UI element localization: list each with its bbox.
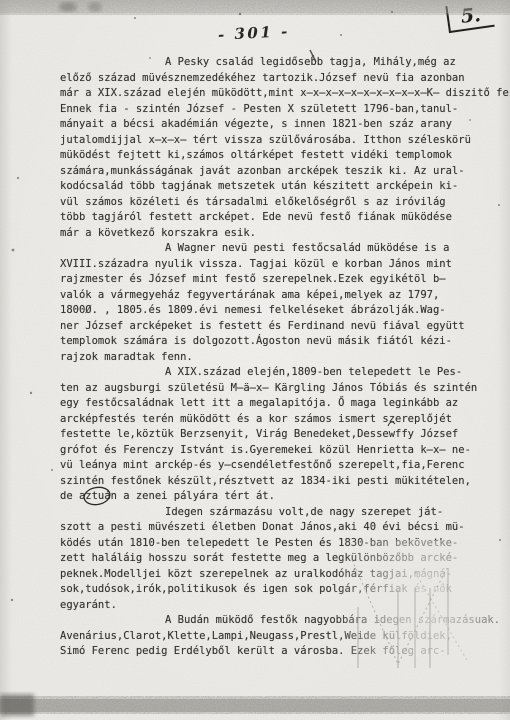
- text-line: már a XIX.század elején müködött,mint x̶…: [60, 86, 492, 102]
- text-line: A Budán müködő festők nagyobbára idegen …: [60, 613, 492, 629]
- text-line: ködés után 1810-ben telepedett le Pesten…: [60, 536, 492, 552]
- text-line: vül számos közéleti és társadalmi előkel…: [60, 195, 492, 211]
- text-line: zett haláláig hosszu sorát festette meg …: [60, 551, 492, 567]
- text-line: ner József arcképeket is festett és Ferd…: [60, 319, 492, 335]
- text-line: jutalomdijjal x̶x̶x̶ tért vissza szülővá…: [60, 133, 492, 149]
- text-line: szott a pesti müvészeti életben Donat Já…: [60, 520, 492, 536]
- text-line: egyaránt.: [60, 598, 492, 614]
- text-line: A Wagner nevü pesti festőcsalád müködése…: [60, 241, 492, 257]
- corner-number-text: 5.: [460, 4, 482, 28]
- text-line: Ennek fia - szintén József - Pesten X sz…: [60, 102, 492, 118]
- handwritten-page-number: - 301 -: [218, 22, 291, 44]
- text-line: sok,tudósok,irók,politikusok és igen sok…: [60, 582, 492, 598]
- text-line: peknek.Modelljei közt szerepelnek az ura…: [60, 567, 492, 583]
- text-line: grófot és Ferenczy Istvánt is.Gyeremekei…: [60, 443, 492, 459]
- text-line: rajzmester és József mint festő szerepel…: [60, 272, 492, 288]
- text-line: Simó Ferenc pedig Erdélyből került a vár…: [60, 644, 492, 660]
- typewritten-text: A Pesky család legidősebb tagja, Mihály,…: [60, 55, 492, 660]
- text-line: ten az augsburgi születésü M̶ä̶x̶ Kärgli…: [60, 381, 492, 397]
- text-line: valók a vármegyeház fegyvertárának ama k…: [60, 288, 492, 304]
- text-line: arcképfestés terén müködött és a kor szá…: [60, 412, 492, 428]
- text-line: templomok számára is dolgozott.Ágoston n…: [60, 334, 492, 350]
- text-line: már a következő korszakra esik.: [60, 226, 492, 242]
- text-line: de aztuán a zenei pályára tért át.: [60, 489, 492, 505]
- text-line: festette le,köztük Berzsenyit, Virág Ben…: [60, 427, 492, 443]
- text-line: több tagjáról festett arcképet. Ede nevü…: [60, 210, 492, 226]
- text-line: egy festőcsaládnak lett itt a megalapitó…: [60, 396, 492, 412]
- text-line: müködést fejtett ki,számos oltárképet fe…: [60, 148, 492, 164]
- text-line: XVIII.századra nyulik vissza. Tagjai köz…: [60, 257, 492, 273]
- text-line: vü leánya mint arckép-és y̶csendéletfest…: [60, 458, 492, 474]
- text-line: kodócsalád több tagjának metszetek után …: [60, 179, 492, 195]
- text-line: A Pesky család legidősebb tagja, Mihály,…: [60, 55, 492, 71]
- text-line: 1800Ø. , 1805.és 1809.évi nemesi felkelé…: [60, 303, 492, 319]
- text-line: Idegen származásu volt,de nagy szerepet …: [60, 505, 492, 521]
- text-line: A XIX.század elején,1809-ben telepedett …: [60, 365, 492, 381]
- text-line: előző század müvésznemzedékéhez tartozik…: [60, 71, 492, 87]
- text-line: rajzok maradtak fenn.: [60, 350, 492, 366]
- text-line: mányait a bécsi akadémián végezte, s inn…: [60, 117, 492, 133]
- text-line: szintén festőnek készült,résztvett az 18…: [60, 474, 492, 490]
- text-line: számára,munkásságának javát azonban arck…: [60, 164, 492, 180]
- text-line: Avenárius,Clarot,Klette,Lampi,Neugass,Pr…: [60, 629, 492, 645]
